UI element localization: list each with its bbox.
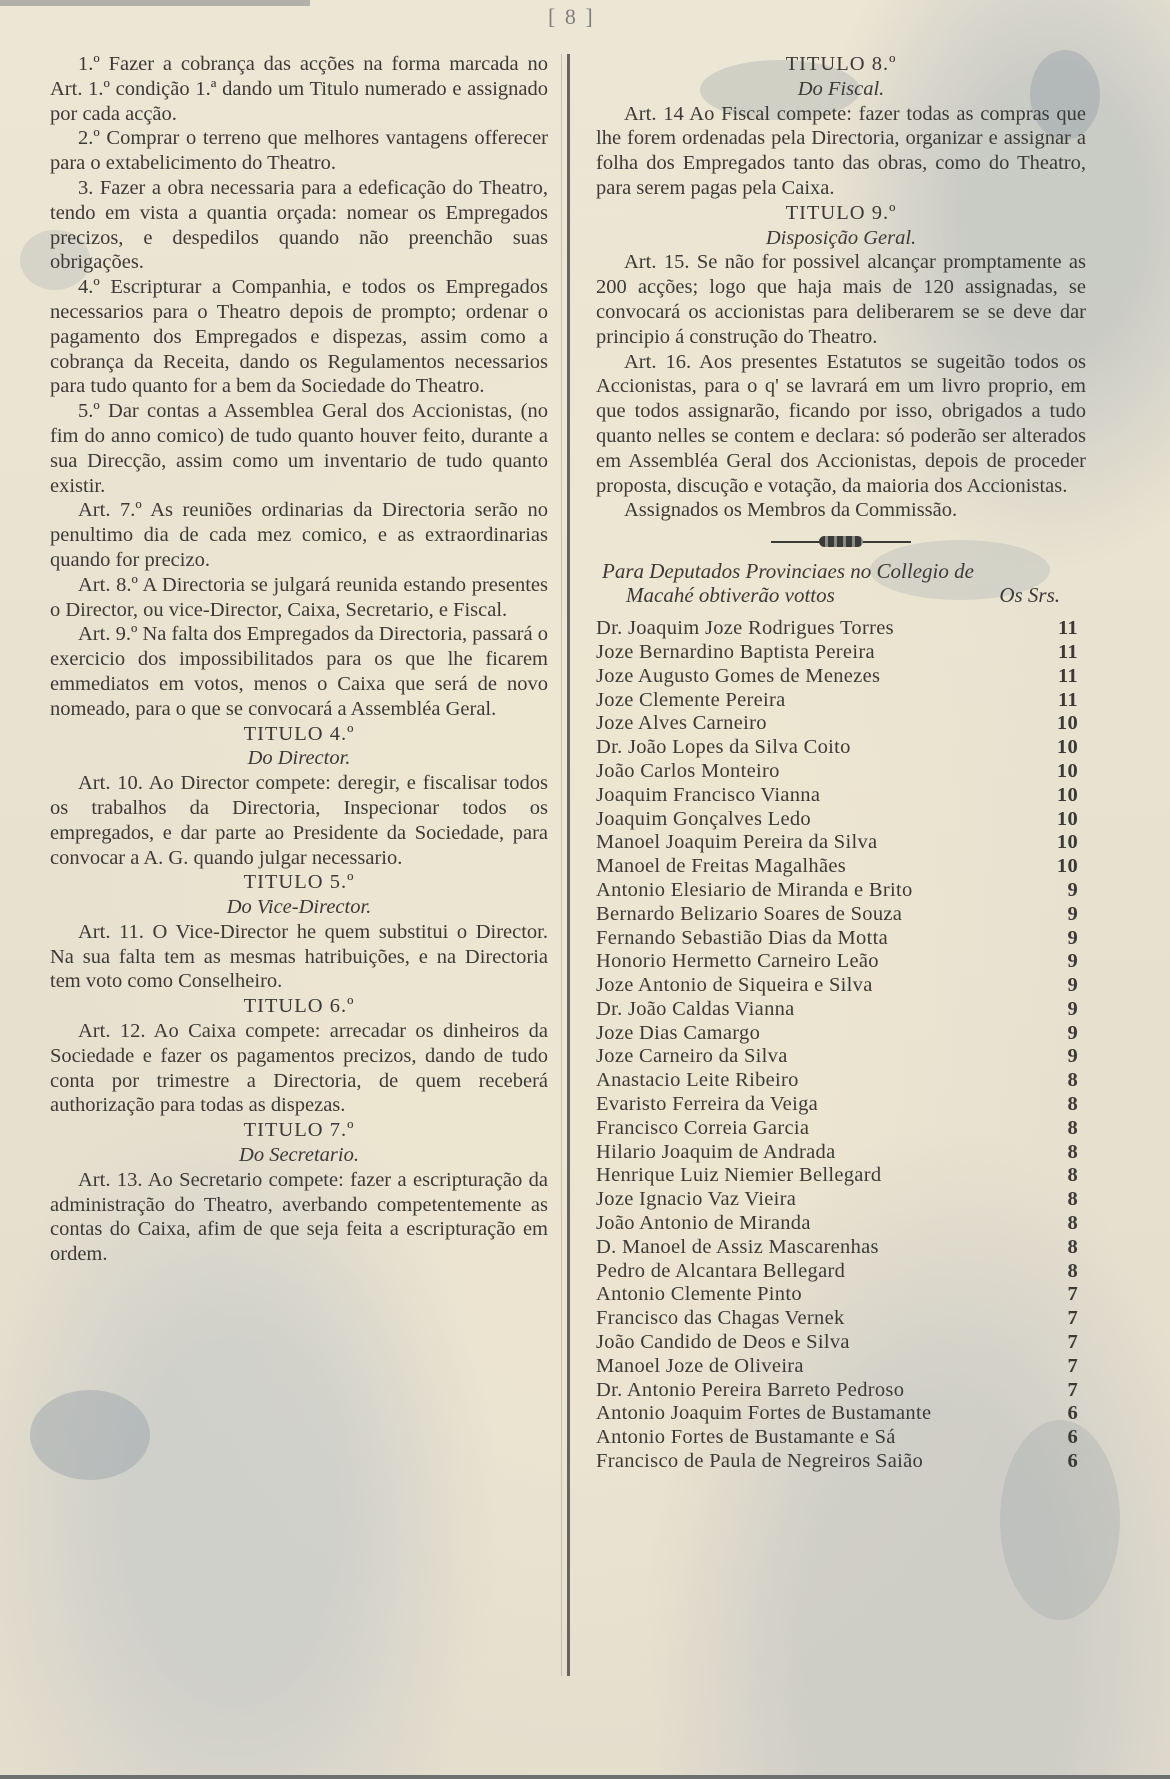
titulo-7-subheading: Do Secretario. <box>50 1143 548 1168</box>
vote-row: Dr. João Caldas Vianna9 <box>596 998 1086 1022</box>
candidate-name: Manoel de Freitas Magalhães <box>596 855 846 879</box>
vote-count: 10 <box>1057 736 1086 760</box>
candidate-name: Honorio Hermetto Carneiro Leão <box>596 950 879 974</box>
candidate-name: Dr. João Lopes da Silva Coito <box>596 736 851 760</box>
vote-row: Fernando Sebastião Dias da Motta9 <box>596 927 1086 951</box>
candidate-name: Joaquim Gonçalves Ledo <box>596 808 811 832</box>
vote-row: Evaristo Ferreira da Veiga8 <box>596 1093 1086 1117</box>
page-number: [ 8 ] <box>548 4 595 30</box>
article-14: Art. 14 Ao Fiscal compete: fazer todas a… <box>596 102 1086 201</box>
candidate-name: Antonio Fortes de Bustamante e Sá <box>596 1426 896 1450</box>
article-11: Art. 11. O Vice-Director he quem substit… <box>50 920 548 994</box>
vote-count: 7 <box>1067 1331 1086 1355</box>
candidate-name: Manoel Joaquim Pereira da Silva <box>596 831 877 855</box>
candidate-name: Joze Carneiro da Silva <box>596 1045 788 1069</box>
vote-row: Joze Augusto Gomes de Menezes11 <box>596 665 1086 689</box>
vote-count: 11 <box>1058 641 1086 665</box>
votes-header-line1: Para Deputados Provinciaes no Collegio d… <box>602 559 1086 583</box>
candidate-name: Joze Ignacio Vaz Vieira <box>596 1188 796 1212</box>
paragraph: 1.º Fazer a cobrança das acções na forma… <box>50 52 548 126</box>
vote-count: 9 <box>1067 1045 1086 1069</box>
vote-count: 9 <box>1067 903 1086 927</box>
paragraph: 4.º Escripturar a Companhia, e todos os … <box>50 275 548 399</box>
paragraph: 3. Fazer a obra necessaria para a edefic… <box>50 176 548 275</box>
vote-count: 7 <box>1067 1283 1086 1307</box>
left-column: 1.º Fazer a cobrança das acções na forma… <box>50 52 548 1267</box>
candidate-name: Dr. Joaquim Joze Rodrigues Torres <box>596 617 894 641</box>
vote-row: Francisco de Paula de Negreiros Saião6 <box>596 1450 1086 1474</box>
titulo-9-heading: TITULO 9.º <box>596 201 1086 226</box>
vote-row: Joaquim Francisco Vianna10 <box>596 784 1086 808</box>
vote-row: D. Manoel de Assiz Mascarenhas8 <box>596 1236 1086 1260</box>
vote-count: 11 <box>1058 665 1086 689</box>
vote-row: Antonio Fortes de Bustamante e Sá6 <box>596 1426 1086 1450</box>
vote-count: 10 <box>1057 831 1086 855</box>
scan-edge-bottom <box>0 1775 1170 1779</box>
candidate-name: Joaquim Francisco Vianna <box>596 784 820 808</box>
paragraph: 2.º Comprar o terreno que melhores vanta… <box>50 126 548 176</box>
candidate-name: Francisco de Paula de Negreiros Saião <box>596 1450 923 1474</box>
candidate-name: Francisco Correia Garcia <box>596 1117 809 1141</box>
vote-count: 8 <box>1067 1093 1086 1117</box>
titulo-8-subheading: Do Fiscal. <box>596 77 1086 102</box>
vote-count: 11 <box>1058 689 1086 713</box>
candidate-name: Bernardo Belizario Soares de Souza <box>596 903 902 927</box>
candidate-name: Joze Alves Carneiro <box>596 712 767 736</box>
article-13: Art. 13. Ao Secretario compete: fazer a … <box>50 1168 548 1267</box>
vote-count: 8 <box>1067 1236 1086 1260</box>
vote-count: 6 <box>1067 1402 1086 1426</box>
candidate-name: Francisco das Chagas Vernek <box>596 1307 845 1331</box>
candidate-name: Joze Antonio de Siqueira e Silva <box>596 974 873 998</box>
vote-count: 6 <box>1067 1426 1086 1450</box>
candidate-name: João Candido de Deos e Silva <box>596 1331 850 1355</box>
titulo-4-subheading: Do Director. <box>50 746 548 771</box>
vote-row: Francisco Correia Garcia8 <box>596 1117 1086 1141</box>
vote-row: Joze Dias Camargo9 <box>596 1022 1086 1046</box>
candidate-name: Joze Bernardino Baptista Pereira <box>596 641 875 665</box>
titulo-7-heading: TITULO 7.º <box>50 1118 548 1143</box>
candidate-name: D. Manoel de Assiz Mascarenhas <box>596 1236 879 1260</box>
vote-row: Dr. João Lopes da Silva Coito10 <box>596 736 1086 760</box>
vote-count: 9 <box>1067 1022 1086 1046</box>
candidate-name: Evaristo Ferreira da Veiga <box>596 1093 818 1117</box>
vote-row: Joze Bernardino Baptista Pereira11 <box>596 641 1086 665</box>
candidate-name: Antonio Joaquim Fortes de Bustamante <box>596 1402 931 1426</box>
vote-row: Francisco das Chagas Vernek7 <box>596 1307 1086 1331</box>
candidate-name: Dr. Antonio Pereira Barreto Pedroso <box>596 1379 904 1403</box>
votes-header: Para Deputados Provinciaes no Collegio d… <box>596 559 1086 607</box>
candidate-name: Fernando Sebastião Dias da Motta <box>596 927 888 951</box>
vote-count: 8 <box>1067 1069 1086 1093</box>
candidate-name: João Carlos Monteiro <box>596 760 780 784</box>
vote-row: Antonio Elesiario de Miranda e Brito9 <box>596 879 1086 903</box>
vote-count: 8 <box>1067 1260 1086 1284</box>
candidate-name: Joze Clemente Pereira <box>596 689 786 713</box>
candidate-name: Pedro de Alcantara Bellegard <box>596 1260 845 1284</box>
votes-header-line2: Macahé obtiverão vottos <box>626 583 835 607</box>
scan-edge-top <box>0 0 310 6</box>
vote-row: Joze Alves Carneiro10 <box>596 712 1086 736</box>
titulo-8-heading: TITULO 8.º <box>596 52 1086 77</box>
titulo-5-heading: TITULO 5.º <box>50 870 548 895</box>
candidate-name: Antonio Clemente Pinto <box>596 1283 802 1307</box>
titulo-9-subheading: Disposição Geral. <box>596 226 1086 251</box>
vote-row: Anastacio Leite Ribeiro8 <box>596 1069 1086 1093</box>
article-12: Art. 12. Ao Caixa compete: arrecadar os … <box>50 1019 548 1118</box>
vote-count: 10 <box>1057 784 1086 808</box>
vote-count: 8 <box>1067 1164 1086 1188</box>
vote-row: Henrique Luiz Niemier Bellegard8 <box>596 1164 1086 1188</box>
paragraph: 5.º Dar contas a Assemblea Geral dos Acc… <box>50 399 548 498</box>
vote-row: Manoel Joaquim Pereira da Silva10 <box>596 831 1086 855</box>
vote-count: 7 <box>1067 1355 1086 1379</box>
vote-count: 10 <box>1057 760 1086 784</box>
ornament-divider <box>596 533 1086 551</box>
vote-row: Pedro de Alcantara Bellegard8 <box>596 1260 1086 1284</box>
water-stain <box>30 1390 150 1480</box>
vote-count: 8 <box>1067 1117 1086 1141</box>
vote-count: 10 <box>1057 712 1086 736</box>
vote-row: Joze Carneiro da Silva9 <box>596 1045 1086 1069</box>
vote-count: 10 <box>1057 808 1086 832</box>
vote-row: Dr. Joaquim Joze Rodrigues Torres11 <box>596 617 1086 641</box>
vote-row: Dr. Antonio Pereira Barreto Pedroso7 <box>596 1379 1086 1403</box>
titulo-6-heading: TITULO 6.º <box>50 994 548 1019</box>
candidate-name: Hilario Joaquim de Andrada <box>596 1141 836 1165</box>
candidate-name: Joze Augusto Gomes de Menezes <box>596 665 880 689</box>
vote-count: 7 <box>1067 1307 1086 1331</box>
votes-header-right: Os Srs. <box>999 583 1086 607</box>
vote-row: João Carlos Monteiro10 <box>596 760 1086 784</box>
vote-row: Manoel de Freitas Magalhães10 <box>596 855 1086 879</box>
candidate-name: Antonio Elesiario de Miranda e Brito <box>596 879 913 903</box>
vote-count: 9 <box>1067 879 1086 903</box>
vote-row: Honorio Hermetto Carneiro Leão9 <box>596 950 1086 974</box>
paragraph: Art. 8.º A Directoria se julgará reunida… <box>50 573 548 623</box>
vote-count: 10 <box>1057 855 1086 879</box>
vote-count: 8 <box>1067 1188 1086 1212</box>
article-16: Art. 16. Aos presentes Estatutos se suge… <box>596 350 1086 499</box>
vote-count: 9 <box>1067 998 1086 1022</box>
candidate-name: João Antonio de Miranda <box>596 1212 811 1236</box>
vote-count: 9 <box>1067 950 1086 974</box>
votes-header-line2-wrap: Macahé obtiverão vottos Os Srs. <box>602 583 1086 607</box>
vote-count: 9 <box>1067 974 1086 998</box>
vote-row: Antonio Clemente Pinto7 <box>596 1283 1086 1307</box>
signature-line: Assignados os Membros da Commissão. <box>596 498 1086 523</box>
vote-row: Joaquim Gonçalves Ledo10 <box>596 808 1086 832</box>
candidate-name: Dr. João Caldas Vianna <box>596 998 795 1022</box>
candidate-name: Manoel Joze de Oliveira <box>596 1355 804 1379</box>
vote-count: 8 <box>1067 1212 1086 1236</box>
article-15: Art. 15. Se não for possivel alcançar pr… <box>596 250 1086 349</box>
vote-count: 8 <box>1067 1141 1086 1165</box>
vote-row: Hilario Joaquim de Andrada8 <box>596 1141 1086 1165</box>
candidate-name: Anastacio Leite Ribeiro <box>596 1069 799 1093</box>
column-rule-thin <box>561 54 562 1676</box>
vote-row: Antonio Joaquim Fortes de Bustamante6 <box>596 1402 1086 1426</box>
right-column: TITULO 8.º Do Fiscal. Art. 14 Ao Fiscal … <box>596 52 1086 1474</box>
vote-count: 11 <box>1058 617 1086 641</box>
vote-count: 6 <box>1067 1450 1086 1474</box>
paragraph: Art. 9.º Na falta dos Empregados da Dire… <box>50 622 548 721</box>
vote-row: João Candido de Deos e Silva7 <box>596 1331 1086 1355</box>
vote-count: 9 <box>1067 927 1086 951</box>
paragraph: Art. 7.º As reuniões ordinarias da Direc… <box>50 498 548 572</box>
votes-list: Dr. Joaquim Joze Rodrigues Torres11Joze … <box>596 617 1086 1474</box>
vote-row: João Antonio de Miranda8 <box>596 1212 1086 1236</box>
titulo-4-heading: TITULO 4.º <box>50 722 548 747</box>
vote-row: Joze Clemente Pereira11 <box>596 689 1086 713</box>
candidate-name: Henrique Luiz Niemier Bellegard <box>596 1164 881 1188</box>
vote-row: Manoel Joze de Oliveira7 <box>596 1355 1086 1379</box>
vote-row: Bernardo Belizario Soares de Souza9 <box>596 903 1086 927</box>
column-rule <box>567 54 570 1676</box>
candidate-name: Joze Dias Camargo <box>596 1022 760 1046</box>
vote-row: Joze Ignacio Vaz Vieira8 <box>596 1188 1086 1212</box>
vote-row: Joze Antonio de Siqueira e Silva9 <box>596 974 1086 998</box>
titulo-5-subheading: Do Vice-Director. <box>50 895 548 920</box>
vote-count: 7 <box>1067 1379 1086 1403</box>
article-10: Art. 10. Ao Director compete: deregir, e… <box>50 771 548 870</box>
